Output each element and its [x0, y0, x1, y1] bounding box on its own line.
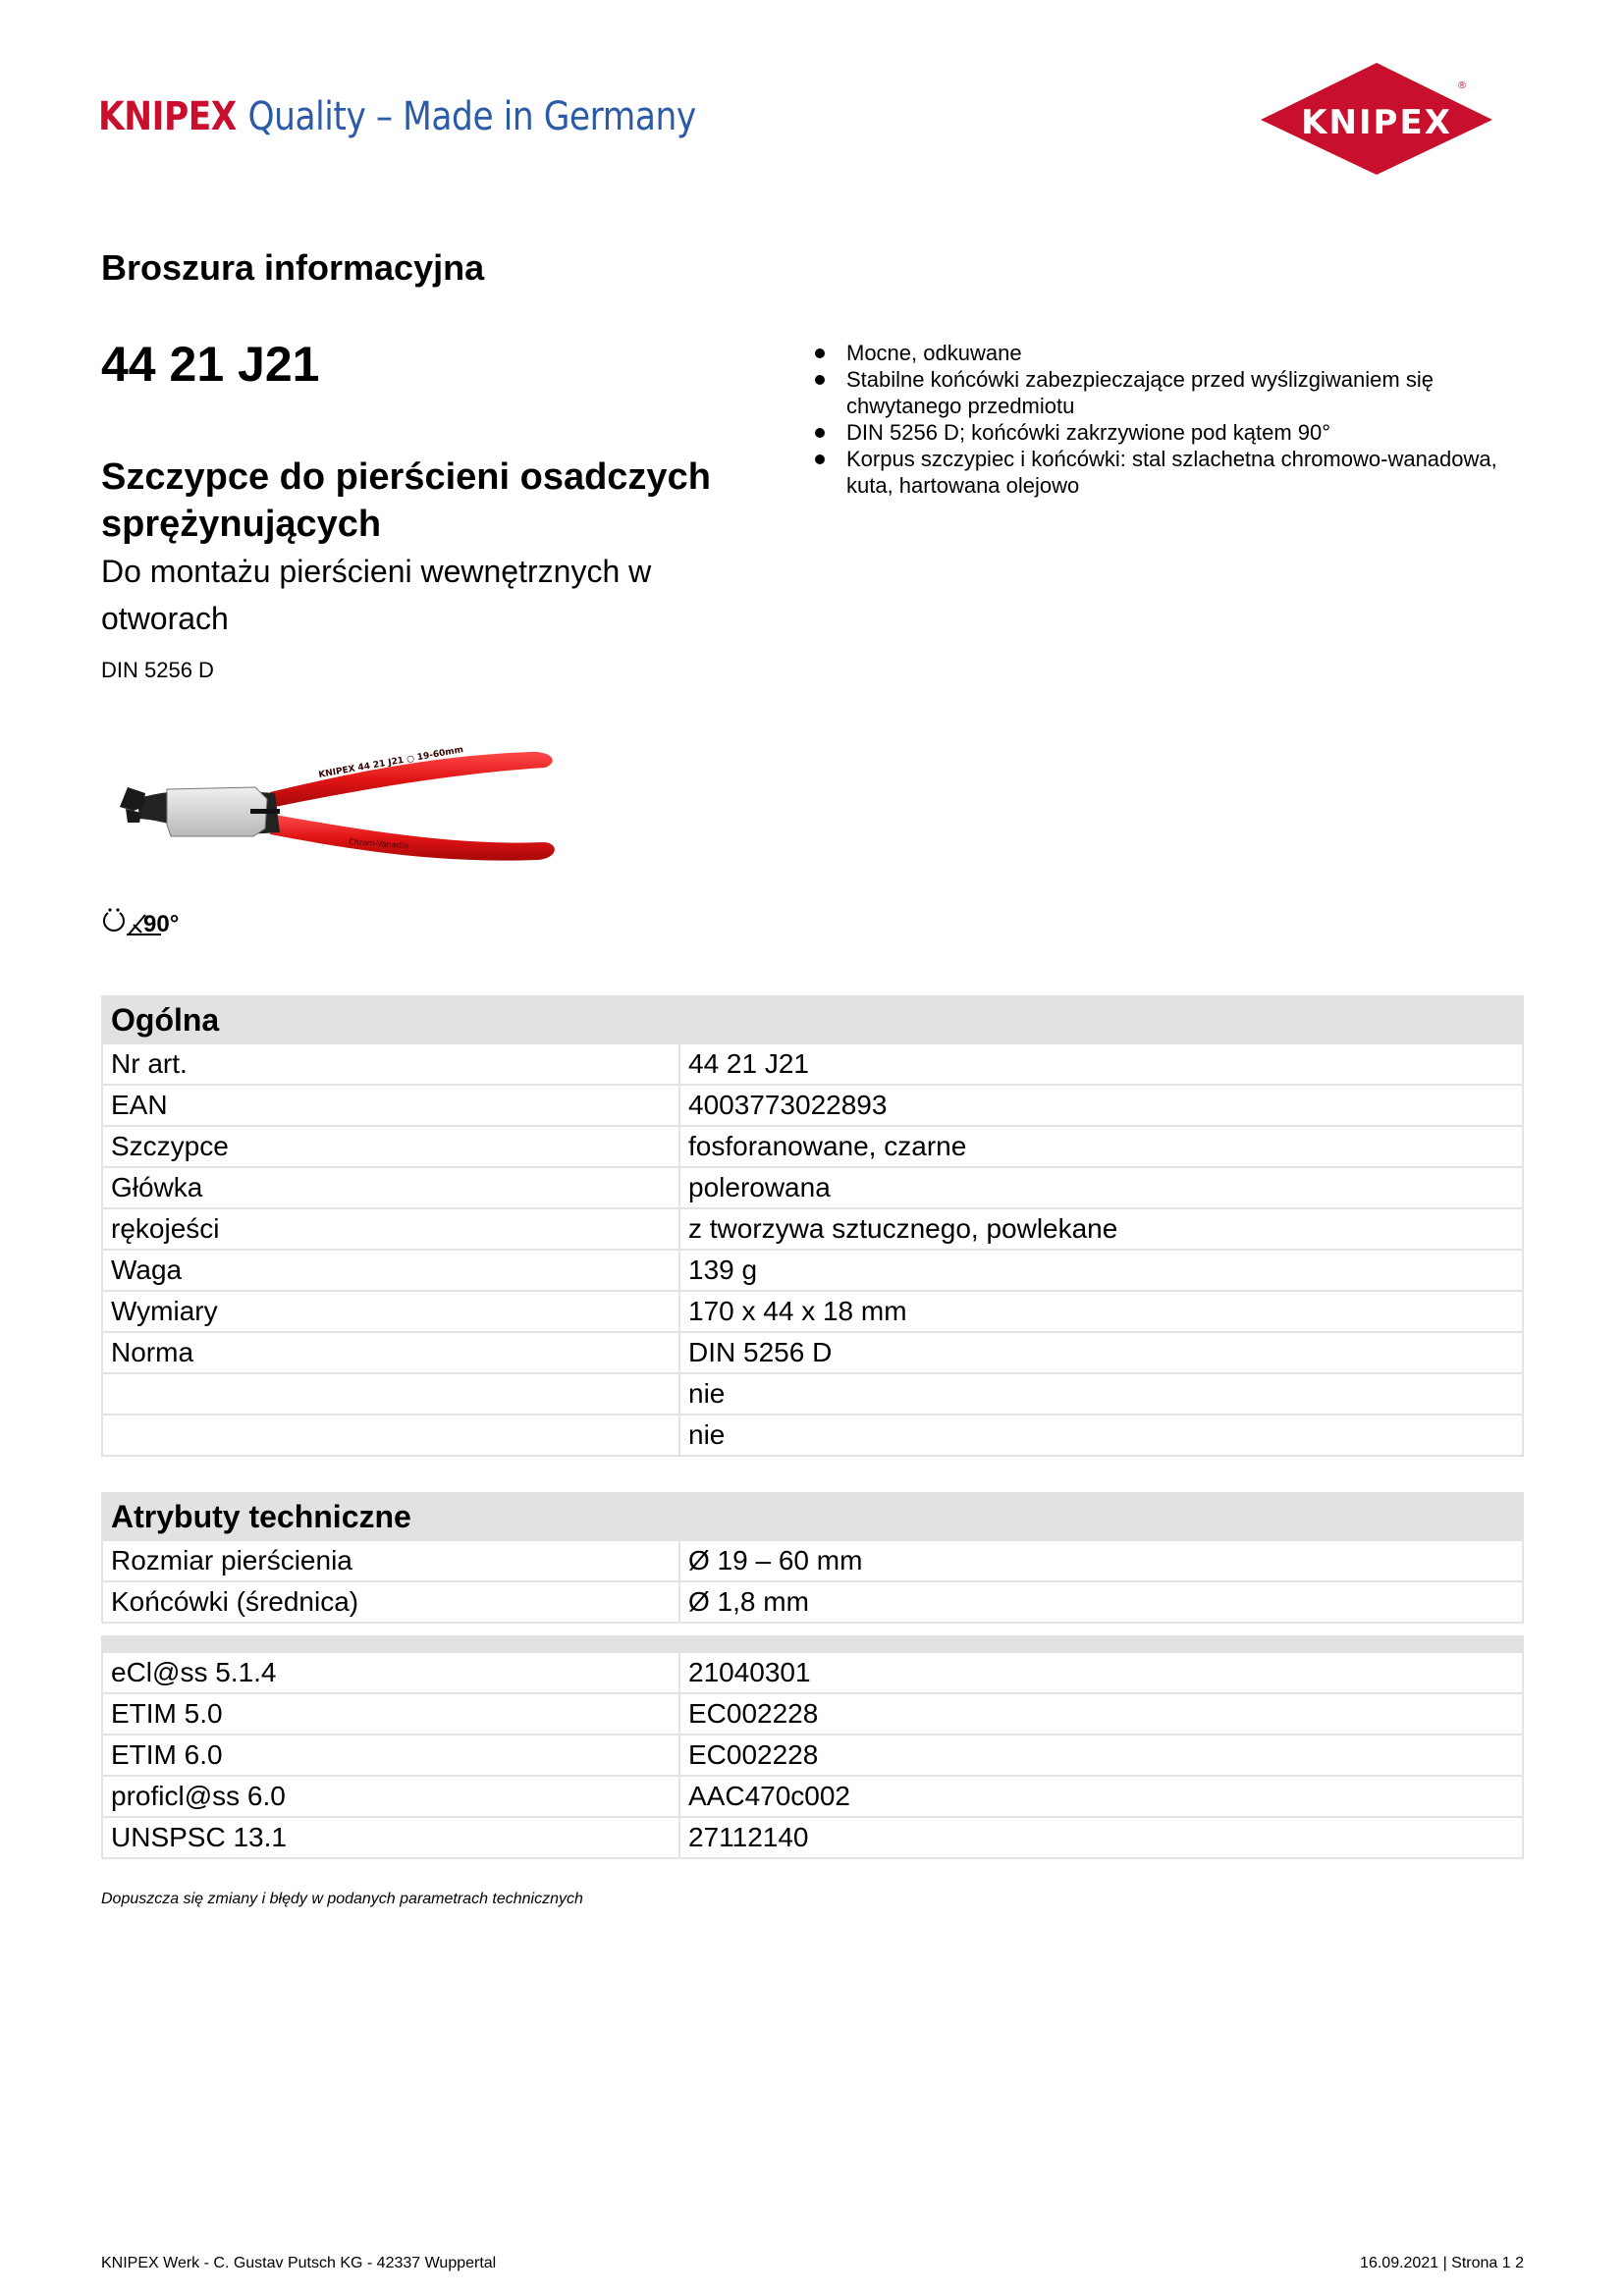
table-row: proficl@ss 6.0AAC470c002: [102, 1776, 1523, 1817]
technical-spec-table: Atrybuty techniczne Rozmiar pierścieniaØ…: [101, 1492, 1524, 1624]
internal-ring-90-degree-icon: 90°: [98, 901, 206, 940]
knipex-logo: KNIPEX ®: [1259, 59, 1494, 177]
footer-date-page: 16.09.2021 | Strona 1 2: [1360, 2255, 1524, 2272]
bullet-icon: [815, 375, 825, 385]
tagline-text: Quality – Made in Germany: [247, 94, 695, 139]
feature-item: Stabilne końcówki zabezpieczające przed …: [797, 366, 1543, 419]
table-row: rękojeściz tworzywa sztucznego, powlekan…: [102, 1208, 1523, 1250]
bullet-icon: [815, 454, 825, 464]
logo-text: KNIPEX: [1301, 103, 1452, 142]
classification-table: eCl@ss 5.1.421040301 ETIM 5.0EC002228 ET…: [101, 1635, 1524, 1859]
product-norm: DIN 5256 D: [101, 658, 214, 683]
document-type: Broszura informacyjna: [101, 247, 484, 289]
table-section-title: Ogólna: [102, 996, 1523, 1043]
registered-mark: ®: [1457, 80, 1467, 91]
product-subtitle: Do montażu pierścieni wewnętrznych w otw…: [101, 548, 749, 642]
table-row: Główkapolerowana: [102, 1167, 1523, 1208]
product-image-pliers: KNIPEX 44 21 J21 ○ 19-60mm Chrom-Vanadin: [98, 738, 569, 885]
table-row: Waga139 g: [102, 1250, 1523, 1291]
footer-company: KNIPEX Werk - C. Gustav Putsch KG - 4233…: [101, 2255, 496, 2272]
product-title: Szczypce do pierścieni osadczych sprężyn…: [101, 454, 788, 548]
angle-label: 90°: [143, 911, 179, 937]
feature-list: Mocne, odkuwane Stabilne końcówki zabezp…: [797, 340, 1543, 499]
table-row: NormaDIN 5256 D: [102, 1332, 1523, 1373]
bullet-icon: [815, 348, 825, 358]
table-section-title: Atrybuty techniczne: [102, 1493, 1523, 1540]
table-row: Wymiary170 x 44 x 18 mm: [102, 1291, 1523, 1332]
table-row: EAN4003773022893: [102, 1085, 1523, 1126]
feature-item: DIN 5256 D; końcówki zakrzywione pod kąt…: [797, 419, 1543, 446]
tagline-brand: KNIPEX: [98, 94, 237, 139]
table-row: ETIM 5.0EC002228: [102, 1693, 1523, 1735]
table-section-title: [102, 1636, 1523, 1652]
table-row: Szczypcefosforanowane, czarne: [102, 1126, 1523, 1167]
table-row: nie: [102, 1373, 1523, 1415]
bullet-icon: [815, 428, 825, 438]
table-row: nie: [102, 1415, 1523, 1456]
table-row: Nr art.44 21 J21: [102, 1043, 1523, 1085]
header-tagline: KNIPEX Quality – Made in Germany: [98, 94, 696, 139]
article-number: 44 21 J21: [101, 336, 319, 393]
feature-item: Korpus szczypiec i końcówki: stal szlach…: [797, 446, 1543, 499]
disclaimer: Dopuszcza się zmiany i błędy w podanych …: [101, 1891, 583, 1908]
general-spec-table: Ogólna Nr art.44 21 J21 EAN4003773022893…: [101, 995, 1524, 1457]
table-row: ETIM 6.0EC002228: [102, 1735, 1523, 1776]
feature-item: Mocne, odkuwane: [797, 340, 1543, 366]
table-row: Końcówki (średnica)Ø 1,8 mm: [102, 1581, 1523, 1623]
table-row: UNSPSC 13.127112140: [102, 1817, 1523, 1858]
table-row: eCl@ss 5.1.421040301: [102, 1652, 1523, 1693]
table-row: Rozmiar pierścieniaØ 19 – 60 mm: [102, 1540, 1523, 1581]
